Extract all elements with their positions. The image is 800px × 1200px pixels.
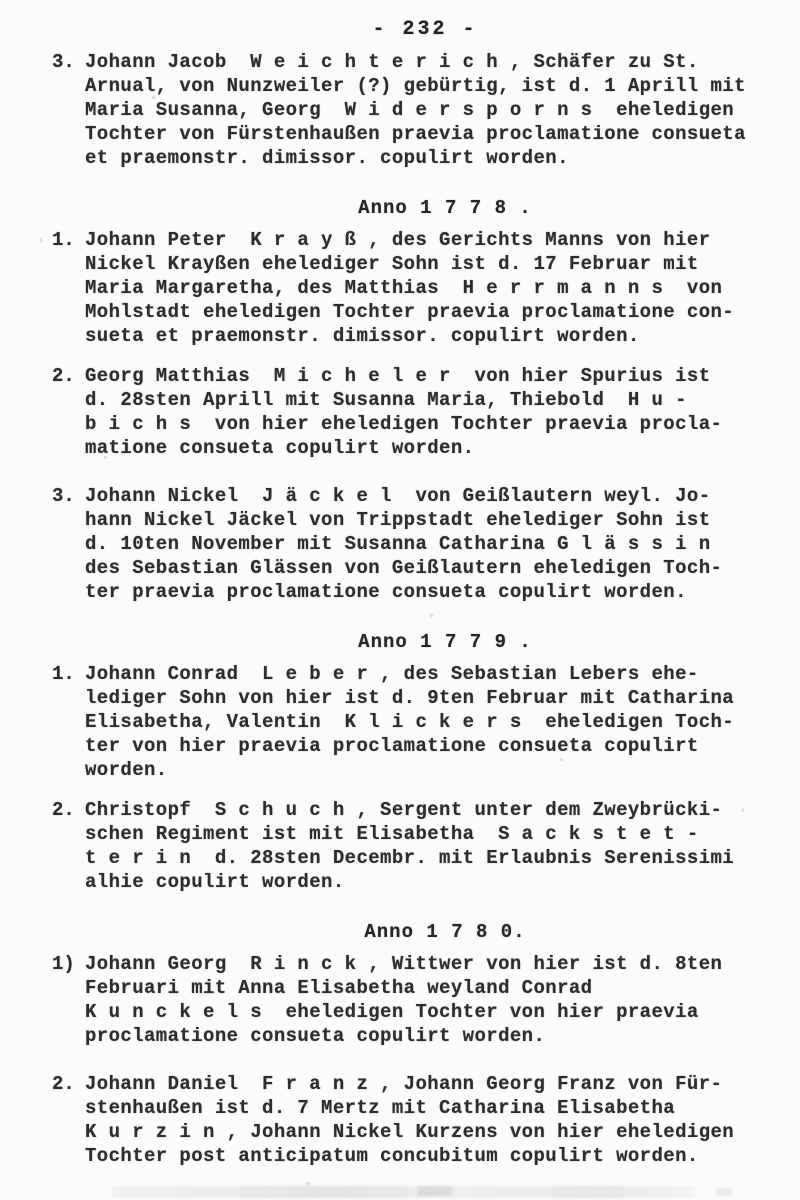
entry-text-line: Februari mit Anna Elisabetha weyland Con… xyxy=(85,976,780,1000)
entry-number: 1. xyxy=(52,662,85,686)
marriage-entry: 1.Johann Peter K r a y ß , des Gerichts … xyxy=(20,228,780,348)
entry-number: 2. xyxy=(52,364,85,388)
entry-text: Johann Daniel F r a n z , Johann Georg F… xyxy=(85,1072,780,1168)
entry-text-line: t e r i n d. 28sten Decembr. mit Erlaubn… xyxy=(85,846,780,870)
entry-number: 3. xyxy=(52,484,85,508)
scan-edge-smudge xyxy=(112,1186,694,1198)
entry-text-line: proclamatione consueta copulirt worden. xyxy=(85,1024,780,1048)
anno-heading: Anno 1 7 7 8 . xyxy=(65,196,800,220)
scan-speckle xyxy=(742,808,744,812)
entry-text-line: Maria Susanna, Georg W i d e r s p o r n… xyxy=(85,98,780,122)
entry-text-line: Johann Conrad L e b e r , des Sebastian … xyxy=(85,662,780,686)
entry-text-line: et praemonstr. dimissor. copulirt worden… xyxy=(85,146,780,170)
entry-text-line: Johann Jacob W e i c h t e r i c h , Sch… xyxy=(85,50,780,74)
anno-heading: Anno 1 7 7 9 . xyxy=(65,630,800,654)
scan-edge-smudge xyxy=(418,1186,452,1196)
entry-text-line: Mohlstadt eheledigen Tochter praevia pro… xyxy=(85,300,780,324)
entry-text-line: worden. xyxy=(85,758,780,782)
scan-speckle xyxy=(152,96,155,99)
entry-text-line: K u n c k e l s eheledigen Tochter von h… xyxy=(85,1000,780,1024)
entry-text-line: hann Nickel Jäckel von Trippstadt eheled… xyxy=(85,508,780,532)
entry-text: Christopf S c h u c h , Sergent unter de… xyxy=(85,798,780,894)
marriage-entry: 1)Johann Georg R i n c k , Wittwer von h… xyxy=(20,952,780,1048)
entry-text-line: Elisabetha, Valentin K l i c k e r s ehe… xyxy=(85,710,780,734)
entry-text: Georg Matthias M i c h e l e r von hier … xyxy=(85,364,780,460)
entry-text-line: Arnual, von Nunzweiler (?) gebürtig, ist… xyxy=(85,74,780,98)
entry-text-line: Georg Matthias M i c h e l e r von hier … xyxy=(85,364,780,388)
entry-text-line: Johann Peter K r a y ß , des Gerichts Ma… xyxy=(85,228,780,252)
page-number-header: - 232 - xyxy=(45,18,800,42)
entry-text-line: sueta et praemonstr. dimissor. copulirt … xyxy=(85,324,780,348)
entry-text-line: stenhaußen ist d. 7 Mertz mit Catharina … xyxy=(85,1096,780,1120)
scan-speckle xyxy=(104,456,107,459)
entry-text-line: Tochter von Fürstenhaußen praevia procla… xyxy=(85,122,780,146)
entry-number: 2. xyxy=(52,798,85,822)
scan-speckle xyxy=(40,238,42,243)
scan-speckle xyxy=(306,1182,310,1185)
entry-text-line: d. 28sten Aprill mit Susanna Maria, Thie… xyxy=(85,388,780,412)
entry-text-line: Johann Georg R i n c k , Wittwer von hie… xyxy=(85,952,780,976)
entry-text-line: ter praevia proclamatione consueta copul… xyxy=(85,580,780,604)
entry-text-line: matione consueta copulirt worden. xyxy=(85,436,780,460)
entry-number: 1. xyxy=(52,228,85,252)
document-page: - 232 - 3.Johann Jacob W e i c h t e r i… xyxy=(0,0,800,1200)
entry-number: 2. xyxy=(52,1072,85,1096)
entry-number: 3. xyxy=(52,50,85,74)
marriage-entry: 2.Johann Daniel F r a n z , Johann Georg… xyxy=(20,1072,780,1168)
entry-text-line: Christopf S c h u c h , Sergent unter de… xyxy=(85,798,780,822)
entry-text: Johann Jacob W e i c h t e r i c h , Sch… xyxy=(85,50,780,170)
entry-text-line: Tochter post anticipatum concubitum copu… xyxy=(85,1144,780,1168)
entry-text-line: Maria Margaretha, des Matthias H e r r m… xyxy=(85,276,780,300)
entry-text-line: Nickel Krayßen ehelediger Sohn ist d. 17… xyxy=(85,252,780,276)
entry-text-line: Johann Nickel J ä c k e l von Geißlauter… xyxy=(85,484,780,508)
marriage-entry: 3.Johann Jacob W e i c h t e r i c h , S… xyxy=(20,50,780,170)
entry-text: Johann Conrad L e b e r , des Sebastian … xyxy=(85,662,780,782)
entry-text-line: lediger Sohn von hier ist d. 9ten Februa… xyxy=(85,686,780,710)
entry-text-line: alhie copulirt worden. xyxy=(85,870,780,894)
scan-speckle xyxy=(560,758,563,761)
entry-text-line: d. 10ten November mit Susanna Catharina … xyxy=(85,532,780,556)
entry-text: Johann Nickel J ä c k e l von Geißlauter… xyxy=(85,484,780,604)
entry-number: 1) xyxy=(52,952,85,976)
entry-text: Johann Peter K r a y ß , des Gerichts Ma… xyxy=(85,228,780,348)
entry-text-line: b i c h s von hier eheledigen Tochter pr… xyxy=(85,412,780,436)
scan-edge-smudge xyxy=(716,1188,732,1196)
scan-speckle xyxy=(596,398,599,401)
entry-text-line: Johann Daniel F r a n z , Johann Georg F… xyxy=(85,1072,780,1096)
entry-text-line: ter von hier praevia proclamatione consu… xyxy=(85,734,780,758)
entry-text-line: des Sebastian Glässen von Geißlautern eh… xyxy=(85,556,780,580)
marriage-entry: 2.Christopf S c h u c h , Sergent unter … xyxy=(20,798,780,894)
entry-text-line: K u r z i n , Johann Nickel Kurzens von … xyxy=(85,1120,780,1144)
entry-text: Johann Georg R i n c k , Wittwer von hie… xyxy=(85,952,780,1048)
scan-speckle xyxy=(430,614,433,617)
marriage-entry: 2.Georg Matthias M i c h e l e r von hie… xyxy=(20,364,780,460)
marriage-entry: 1.Johann Conrad L e b e r , des Sebastia… xyxy=(20,662,780,782)
marriage-entry: 3.Johann Nickel J ä c k e l von Geißlaut… xyxy=(20,484,780,604)
register-entries: 3.Johann Jacob W e i c h t e r i c h , S… xyxy=(20,50,780,1168)
anno-heading: Anno 1 7 8 0. xyxy=(65,920,800,944)
entry-text-line: schen Regiment ist mit Elisabetha S a c … xyxy=(85,822,780,846)
